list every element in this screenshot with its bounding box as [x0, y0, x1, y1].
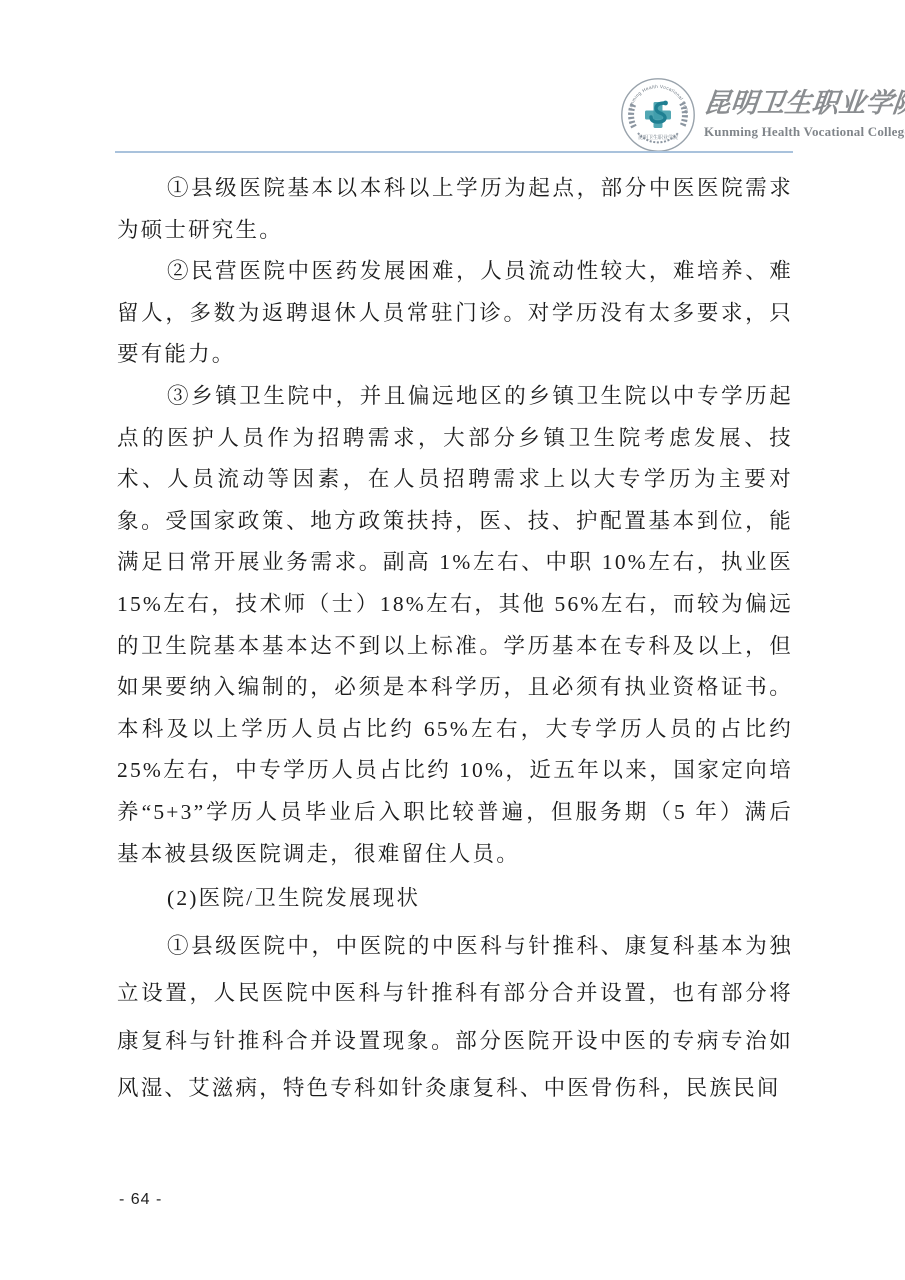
page-number: - 64 - [119, 1191, 162, 1209]
body-paragraph: ①县级医院基本以本科以上学历为起点，部分中医医院需求为硕士研究生。 [117, 168, 793, 251]
college-name-english: Kunming Health Vocational College [704, 124, 904, 140]
college-name-calligraphy: 昆明卫生职业学院 [702, 81, 905, 120]
body-paragraph: (2)医院/卫生院发展现状 [117, 875, 793, 923]
college-brand: 昆明卫生职业学院 Kunming Health Vocational Colle… [704, 77, 904, 140]
body-paragraph: ③乡镇卫生院中，并且偏远地区的乡镇卫生院以中专学历起点的医护人员作为招聘需求，大… [117, 376, 793, 875]
svg-text:昆明卫生职业学院: 昆明卫生职业学院 [638, 134, 678, 141]
document-page: Kunming Health Vocational College 昆明卫生职业… [0, 0, 905, 1280]
college-seal-logo: Kunming Health Vocational College 昆明卫生职业… [620, 77, 696, 153]
body-paragraph: ①县级医院中，中医院的中医科与针推科、康复科基本为独立设置，人民医院中医科与针推… [117, 923, 793, 1113]
body-paragraph: ②民营医院中医药发展困难，人员流动性较大，难培养、难留人，多数为返聘退休人员常驻… [117, 251, 793, 376]
document-body: ①县级医院基本以本科以上学历为起点，部分中医医院需求为硕士研究生。②民营医院中医… [117, 168, 793, 1113]
header-divider [115, 151, 793, 153]
page-header: Kunming Health Vocational College 昆明卫生职业… [620, 77, 904, 153]
